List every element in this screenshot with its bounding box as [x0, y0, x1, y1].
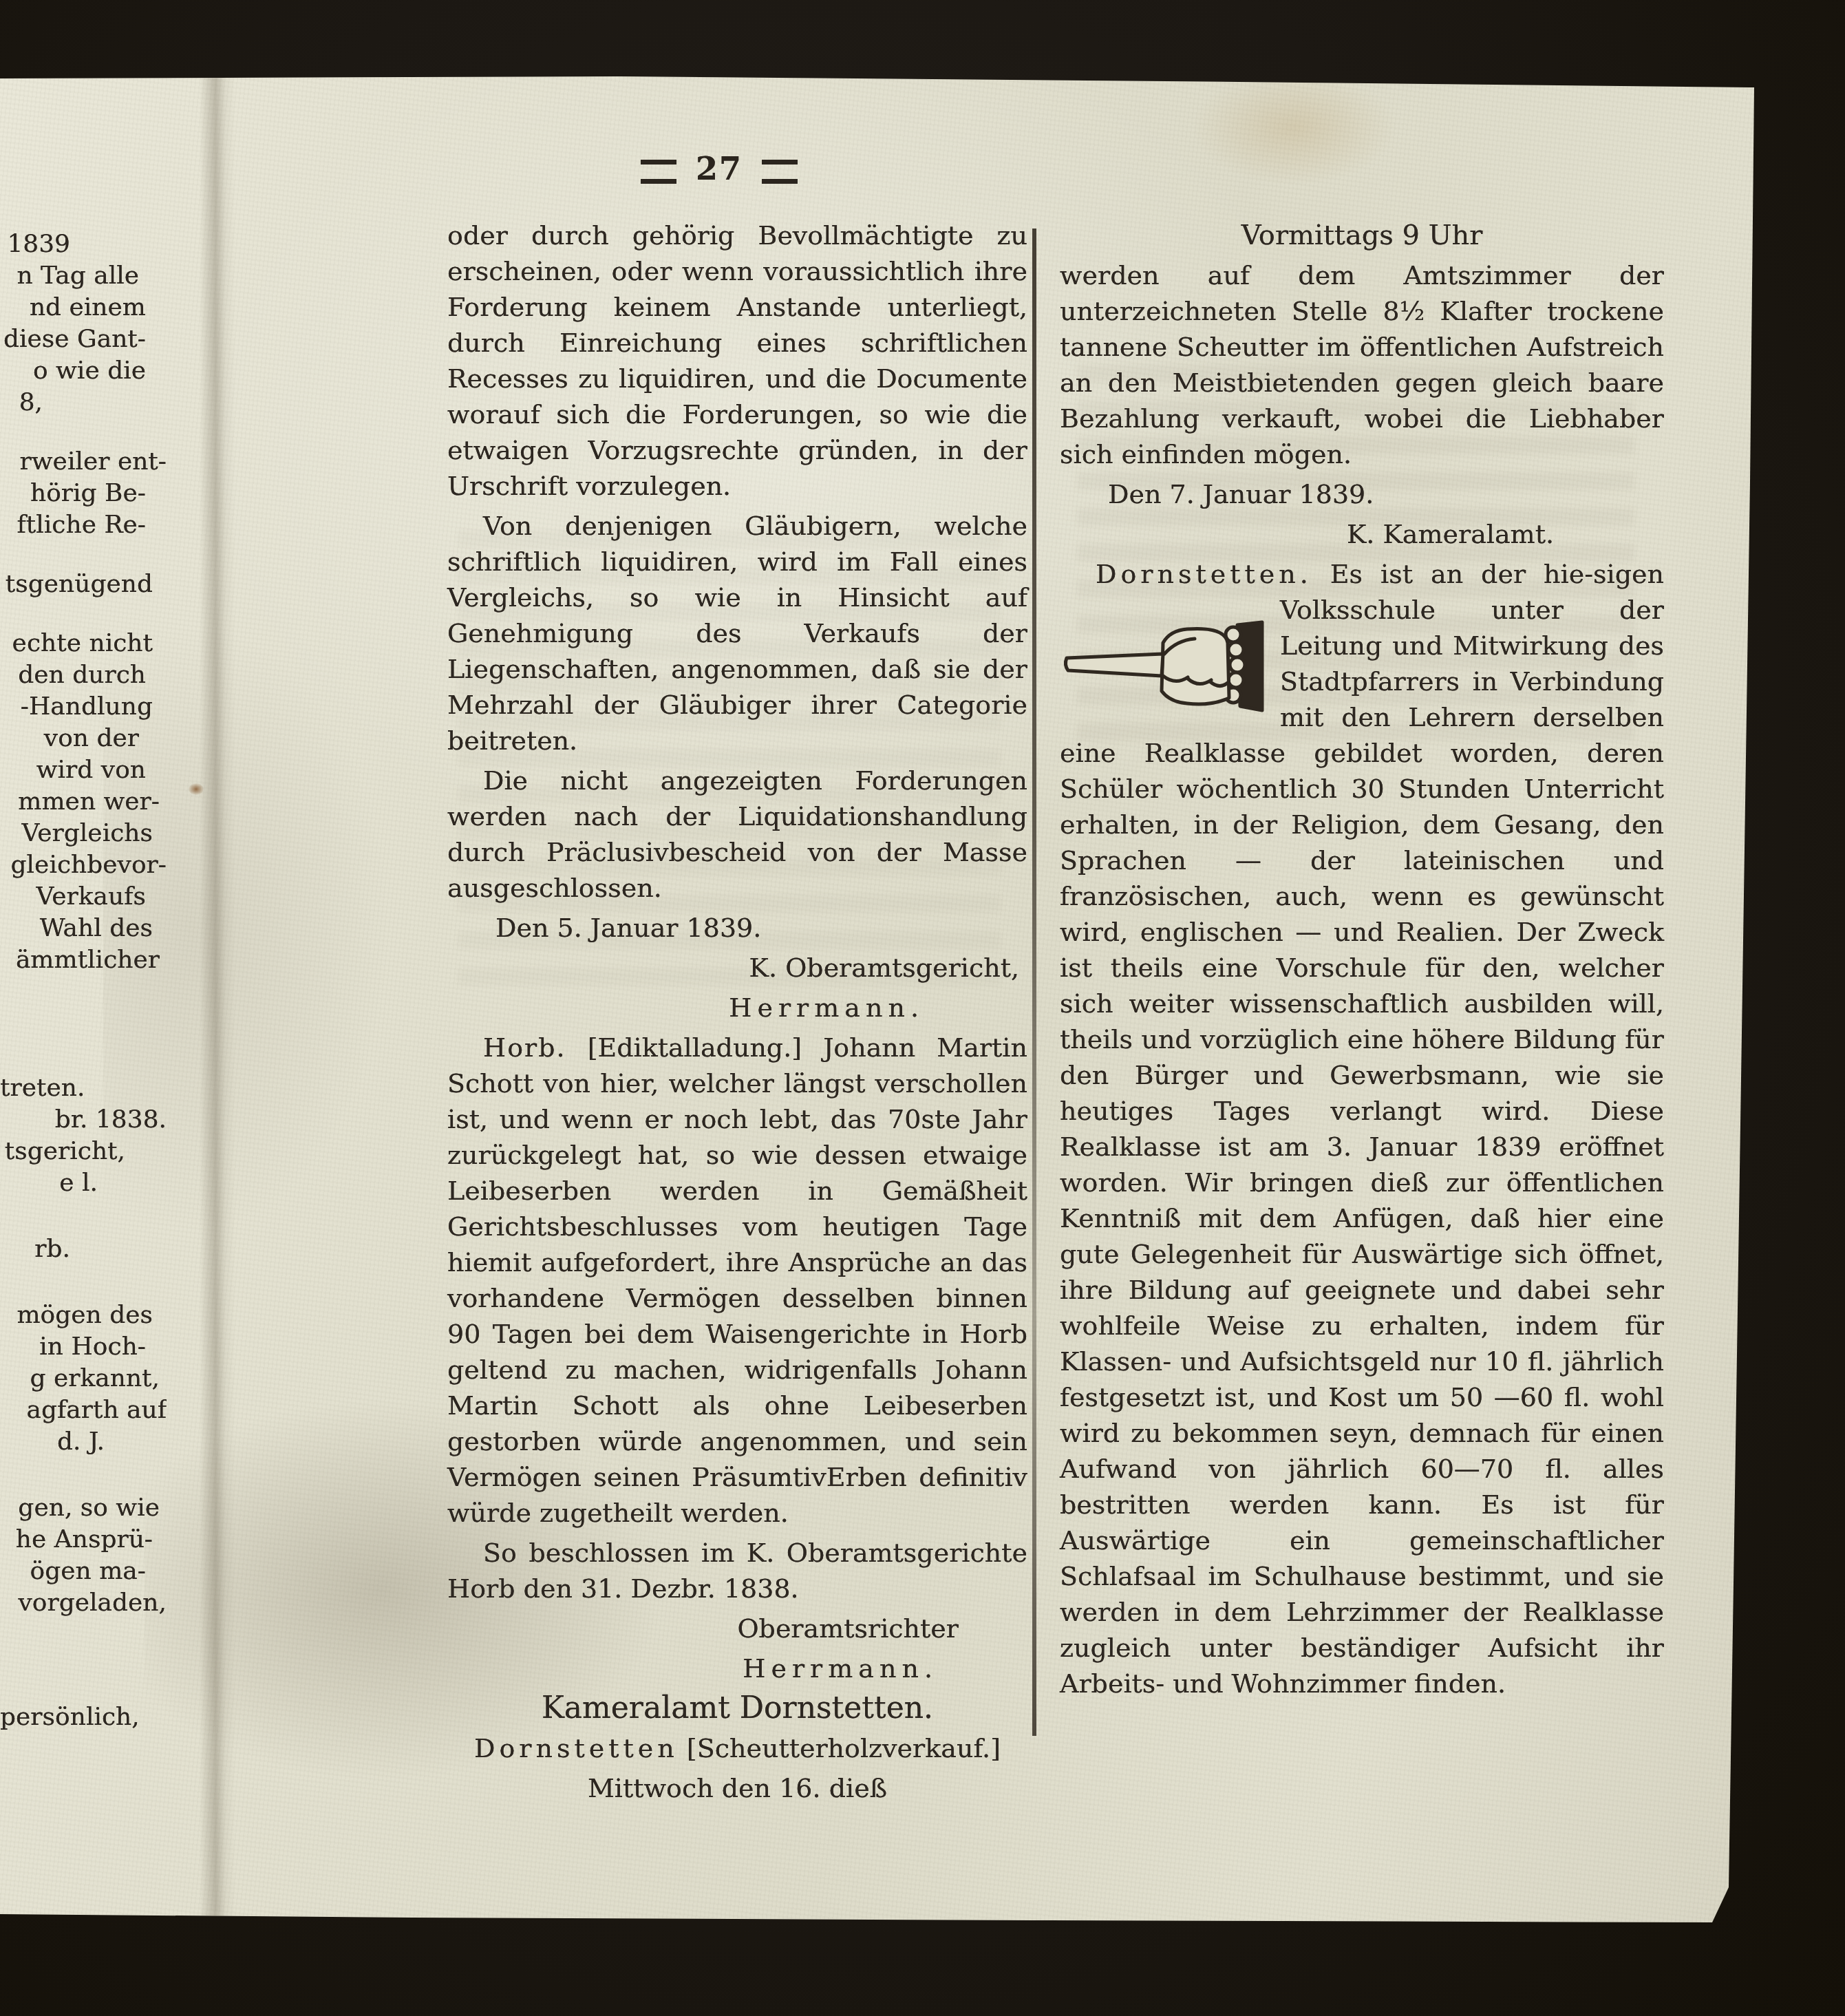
- article-text: Johann Martin Schott von hier, welcher l…: [447, 1032, 1027, 1528]
- cutoff-text-line: g erkannt,: [0, 1363, 167, 1394]
- cutoff-text-line: 8,: [0, 387, 167, 418]
- bracket-note: [Ediktalladung.]: [588, 1032, 802, 1063]
- cutoff-text-line: rweiler ent-: [0, 446, 167, 478]
- cutoff-text-line: hörig Be-: [0, 478, 167, 509]
- cutoff-text-line: -Handlung: [0, 691, 167, 723]
- cutoff-text-line: von der: [0, 723, 167, 754]
- cutoff-text-line: nd einem: [0, 292, 167, 323]
- article-intro: Es ist an der hie-: [1330, 559, 1593, 589]
- place-lead: Horb.: [483, 1032, 566, 1063]
- cutoff-text-line: agfarth auf: [0, 1394, 167, 1426]
- cutoff-text-line: treten.: [0, 1072, 167, 1104]
- column-divider-rule: [1032, 229, 1036, 1736]
- cutoff-text-line: mögen des: [0, 1299, 167, 1331]
- cutoff-text-line: Wahl des: [0, 913, 167, 944]
- cutoff-text-line: in Hoch-: [0, 1331, 167, 1363]
- page-number: 27: [582, 150, 857, 187]
- place-lead: Dornstetten.: [1096, 559, 1312, 589]
- cutoff-text-line: tsgericht,: [0, 1136, 167, 1167]
- signature-court: K. Oberamtsgericht,: [447, 950, 1027, 986]
- heading-vormittags: Vormittags 9 Uhr: [1060, 217, 1664, 253]
- cutoff-text-line: vorgeladen,: [0, 1587, 167, 1619]
- signer-name: Herrmann.: [447, 1651, 1027, 1686]
- header-dash-ornament: [641, 160, 676, 184]
- cutoff-text-line: mmen wer-: [0, 786, 167, 818]
- cutoff-text-line: ämmtlicher: [0, 944, 167, 976]
- place-lead: Dornstetten: [474, 1733, 679, 1763]
- paragraph-glaeubiger: Von denjenigen Gläubigern, welche schrif…: [447, 508, 1027, 758]
- page-number-value: 27: [696, 150, 743, 187]
- cutoff-text-line: o wie die: [0, 355, 167, 387]
- paragraph-auction: werden auf dem Amtszimmer der unterzeich…: [1060, 257, 1664, 472]
- newspaper-page: 27 1839 n Tag alle nd einem diese Gant- …: [0, 0, 1845, 2016]
- header-dash-ornament: [762, 160, 798, 184]
- signer-title: Oberamtsrichter: [447, 1611, 1027, 1646]
- bracket-note: [Scheutterholzverkauf.]: [687, 1733, 1001, 1763]
- cutoff-text-line: echte nicht: [0, 628, 167, 659]
- paragraph-horb-ediktalladung: Horb. [Ediktalladung.] Johann Martin Sch…: [447, 1030, 1027, 1531]
- left-page-column-fragment: 1839 n Tag alle nd einem diese Gant- o w…: [0, 229, 167, 1733]
- signature-kameralamt: K. Kameralamt.: [1060, 516, 1664, 552]
- cutoff-text-line: n Tag alle: [0, 260, 167, 292]
- date-line: Den 5. Januar 1839.: [447, 910, 1027, 946]
- signature-name: Herrmann.: [447, 990, 1027, 1026]
- paragraph-dornstetten-realklasse: Dornstetten. Es ist an der hie-sigen Vol…: [1060, 556, 1664, 1701]
- cutoff-text-line: diese Gant-: [0, 323, 167, 355]
- cutoff-text-line: gleichbevor-: [0, 849, 167, 881]
- cutoff-text-line: br. 1838.: [0, 1104, 167, 1136]
- cutoff-text-line: gen, so wie: [0, 1492, 167, 1524]
- paper-stain: [1191, 69, 1397, 186]
- paper-stain: [189, 783, 204, 795]
- paragraph-forderungen: Die nicht angezeigten Forderungen werden…: [447, 763, 1027, 906]
- cutoff-text-line: he Ansprü-: [0, 1524, 167, 1556]
- paragraph-decision: So beschlossen im K. Oberamtsgerichte Ho…: [447, 1535, 1027, 1606]
- scanned-book-page: 27 1839 n Tag alle nd einem diese Gant- …: [0, 0, 1845, 2016]
- cutoff-text-line: tsgenügend: [0, 569, 167, 600]
- auction-day-line: Mittwoch den 16. dieß: [447, 1770, 1027, 1806]
- paragraph-liquidation-continuation: oder durch gehörig Bevollmächtigte zu er…: [447, 217, 1027, 504]
- cutoff-text-line: den durch: [0, 659, 167, 691]
- right-text-column: Vormittags 9 Uhr werden auf dem Amtszimm…: [1060, 217, 1664, 1706]
- cutoff-text-line: e l.: [0, 1167, 167, 1199]
- heading-kameralamt: Kameralamt Dornstetten.: [447, 1690, 1027, 1726]
- cutoff-text-line: persönlich,: [0, 1701, 167, 1733]
- manicule-hand-icon: [1060, 595, 1266, 732]
- cutoff-text-line: d. J.: [0, 1426, 167, 1458]
- date-line: Den 7. Januar 1839.: [1060, 476, 1664, 512]
- cutoff-text-line: ögen ma-: [0, 1556, 167, 1587]
- cutoff-text-line: Verkaufs: [0, 881, 167, 913]
- center-text-column: oder durch gehörig Bevollmächtigte zu er…: [447, 217, 1027, 1810]
- cutoff-text-line: rb.: [0, 1233, 167, 1265]
- cutoff-text-line: ftliche Re-: [0, 509, 167, 541]
- subheading-scheutterholzverkauf: Dornstetten [Scheutterholzverkauf.]: [447, 1730, 1027, 1766]
- cutoff-text-line: wird von: [0, 754, 167, 786]
- cutoff-text-line: Vergleichs: [0, 818, 167, 849]
- cutoff-text-line: 1839: [0, 229, 167, 260]
